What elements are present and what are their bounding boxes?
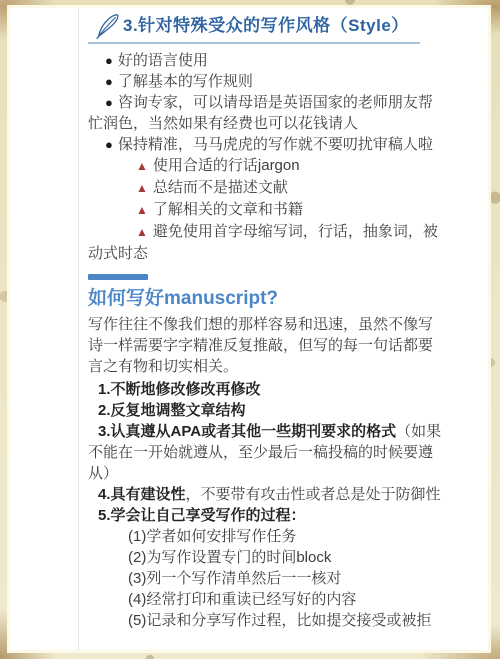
- triangle-marker: ▲: [136, 181, 148, 195]
- triangle-text: 了解相关的文章和书籍: [153, 201, 303, 218]
- accent-bar: [88, 274, 148, 280]
- triangle-text: 总结而不是描述文献: [153, 179, 288, 196]
- substep-list: (1)学者如何安排写作任务 (2)为写作设置专门的时间block (3)列一个写…: [88, 526, 442, 631]
- page-title: 3.针对特殊受众的写作风格（Style）: [123, 12, 409, 40]
- section-heading: 如何写好manuscript?: [88, 286, 442, 312]
- numbered-item-lead: 4.具有建设性: [98, 486, 186, 503]
- bullet-item: ●咨询专家，可以请母语是英语国家的老师朋友帮忙润色，当然如果有经费也可以花钱请人: [88, 92, 442, 134]
- page-panel: 3.针对特殊受众的写作风格（Style） ●好的语言使用 ●了解基本的写作规则 …: [10, 8, 488, 650]
- parchment-border: { "glyphs": { "bullet": "●", "triangle":…: [0, 0, 500, 659]
- bullet-item: ●好的语言使用: [88, 50, 442, 71]
- substep-item: (3)列一个写作清单然后一一核对: [88, 568, 442, 589]
- column-divider: [78, 8, 79, 650]
- substep-item: (4)经常打印和重读已经写好的内容: [88, 589, 442, 610]
- bullet-marker: ●: [105, 74, 113, 89]
- note-content: 3.针对特殊受众的写作风格（Style） ●好的语言使用 ●了解基本的写作规则 …: [88, 12, 442, 631]
- triangle-text: 使用合适的行话jargon: [153, 157, 300, 174]
- quill-icon: [96, 13, 120, 39]
- numbered-item-lead: 5.学会让自己享受写作的过程：: [98, 507, 306, 524]
- intro-paragraph: 写作往往不像我们想的那样容易和迅速，虽然不像写诗一样需要字字精准反复推敲，但写的…: [88, 314, 442, 377]
- substep-item: (2)为写作设置专门的时间block: [88, 547, 442, 568]
- triangle-marker: ▲: [136, 203, 148, 217]
- numbered-item: 5.学会让自己享受写作的过程：: [88, 505, 442, 526]
- triangle-marker: ▲: [136, 159, 148, 173]
- substep-item: (5)记录和分享写作过程，比如提交接受或被拒: [88, 610, 442, 631]
- numbered-item: 4.具有建设性，不要带有攻击性或者总是处于防御性: [88, 484, 442, 505]
- bullet-item: ●保持精准，马马虎虎的写作就不要叨扰审稿人啦: [88, 134, 442, 155]
- numbered-item-rest: ，不要带有攻击性或者总是处于防御性: [186, 486, 441, 503]
- triangle-list: ▲使用合适的行话jargon ▲总结而不是描述文献 ▲了解相关的文章和书籍 ▲避…: [88, 155, 442, 264]
- triangle-item: ▲了解相关的文章和书籍: [88, 199, 442, 221]
- numbered-item: 1.不断地修改修改再修改: [88, 379, 442, 400]
- numbered-list: 1.不断地修改修改再修改 2.反复地调整文章结构 3.认真遵从APA或者其他一些…: [88, 379, 442, 526]
- bullet-text: 咨询专家，可以请母语是英语国家的老师朋友帮忙润色，当然如果有经费也可以花钱请人: [88, 94, 433, 132]
- bullet-marker: ●: [105, 137, 113, 152]
- bullet-text: 好的语言使用: [118, 52, 208, 69]
- numbered-item-lead: 3.认真遵从APA或者其他一些期刊要求的格式: [98, 423, 396, 440]
- bullet-marker: ●: [105, 95, 113, 110]
- bullet-text: 了解基本的写作规则: [118, 73, 253, 90]
- doc-header: 3.针对特殊受众的写作风格（Style）: [88, 12, 442, 44]
- substep-item: (1)学者如何安排写作任务: [88, 526, 442, 547]
- triangle-item: ▲使用合适的行话jargon: [88, 155, 442, 177]
- bullet-marker: ●: [105, 53, 113, 68]
- numbered-item: 3.认真遵从APA或者其他一些期刊要求的格式（如果不能在一开始就遵从，至少最后一…: [88, 421, 442, 484]
- bullet-text: 保持精准，马马虎虎的写作就不要叨扰审稿人啦: [118, 136, 433, 153]
- numbered-item-lead: 2.反复地调整文章结构: [98, 402, 246, 419]
- numbered-item-lead: 1.不断地修改修改再修改: [98, 381, 261, 398]
- bullet-item: ●了解基本的写作规则: [88, 71, 442, 92]
- title-underline: [88, 42, 420, 44]
- bullet-list: ●好的语言使用 ●了解基本的写作规则 ●咨询专家，可以请母语是英语国家的老师朋友…: [88, 50, 442, 155]
- numbered-item: 2.反复地调整文章结构: [88, 400, 442, 421]
- triangle-item: ▲避免使用首字母缩写词，行话，抽象词，被动式时态: [88, 221, 442, 264]
- triangle-item: ▲总结而不是描述文献: [88, 177, 442, 199]
- triangle-marker: ▲: [136, 225, 148, 239]
